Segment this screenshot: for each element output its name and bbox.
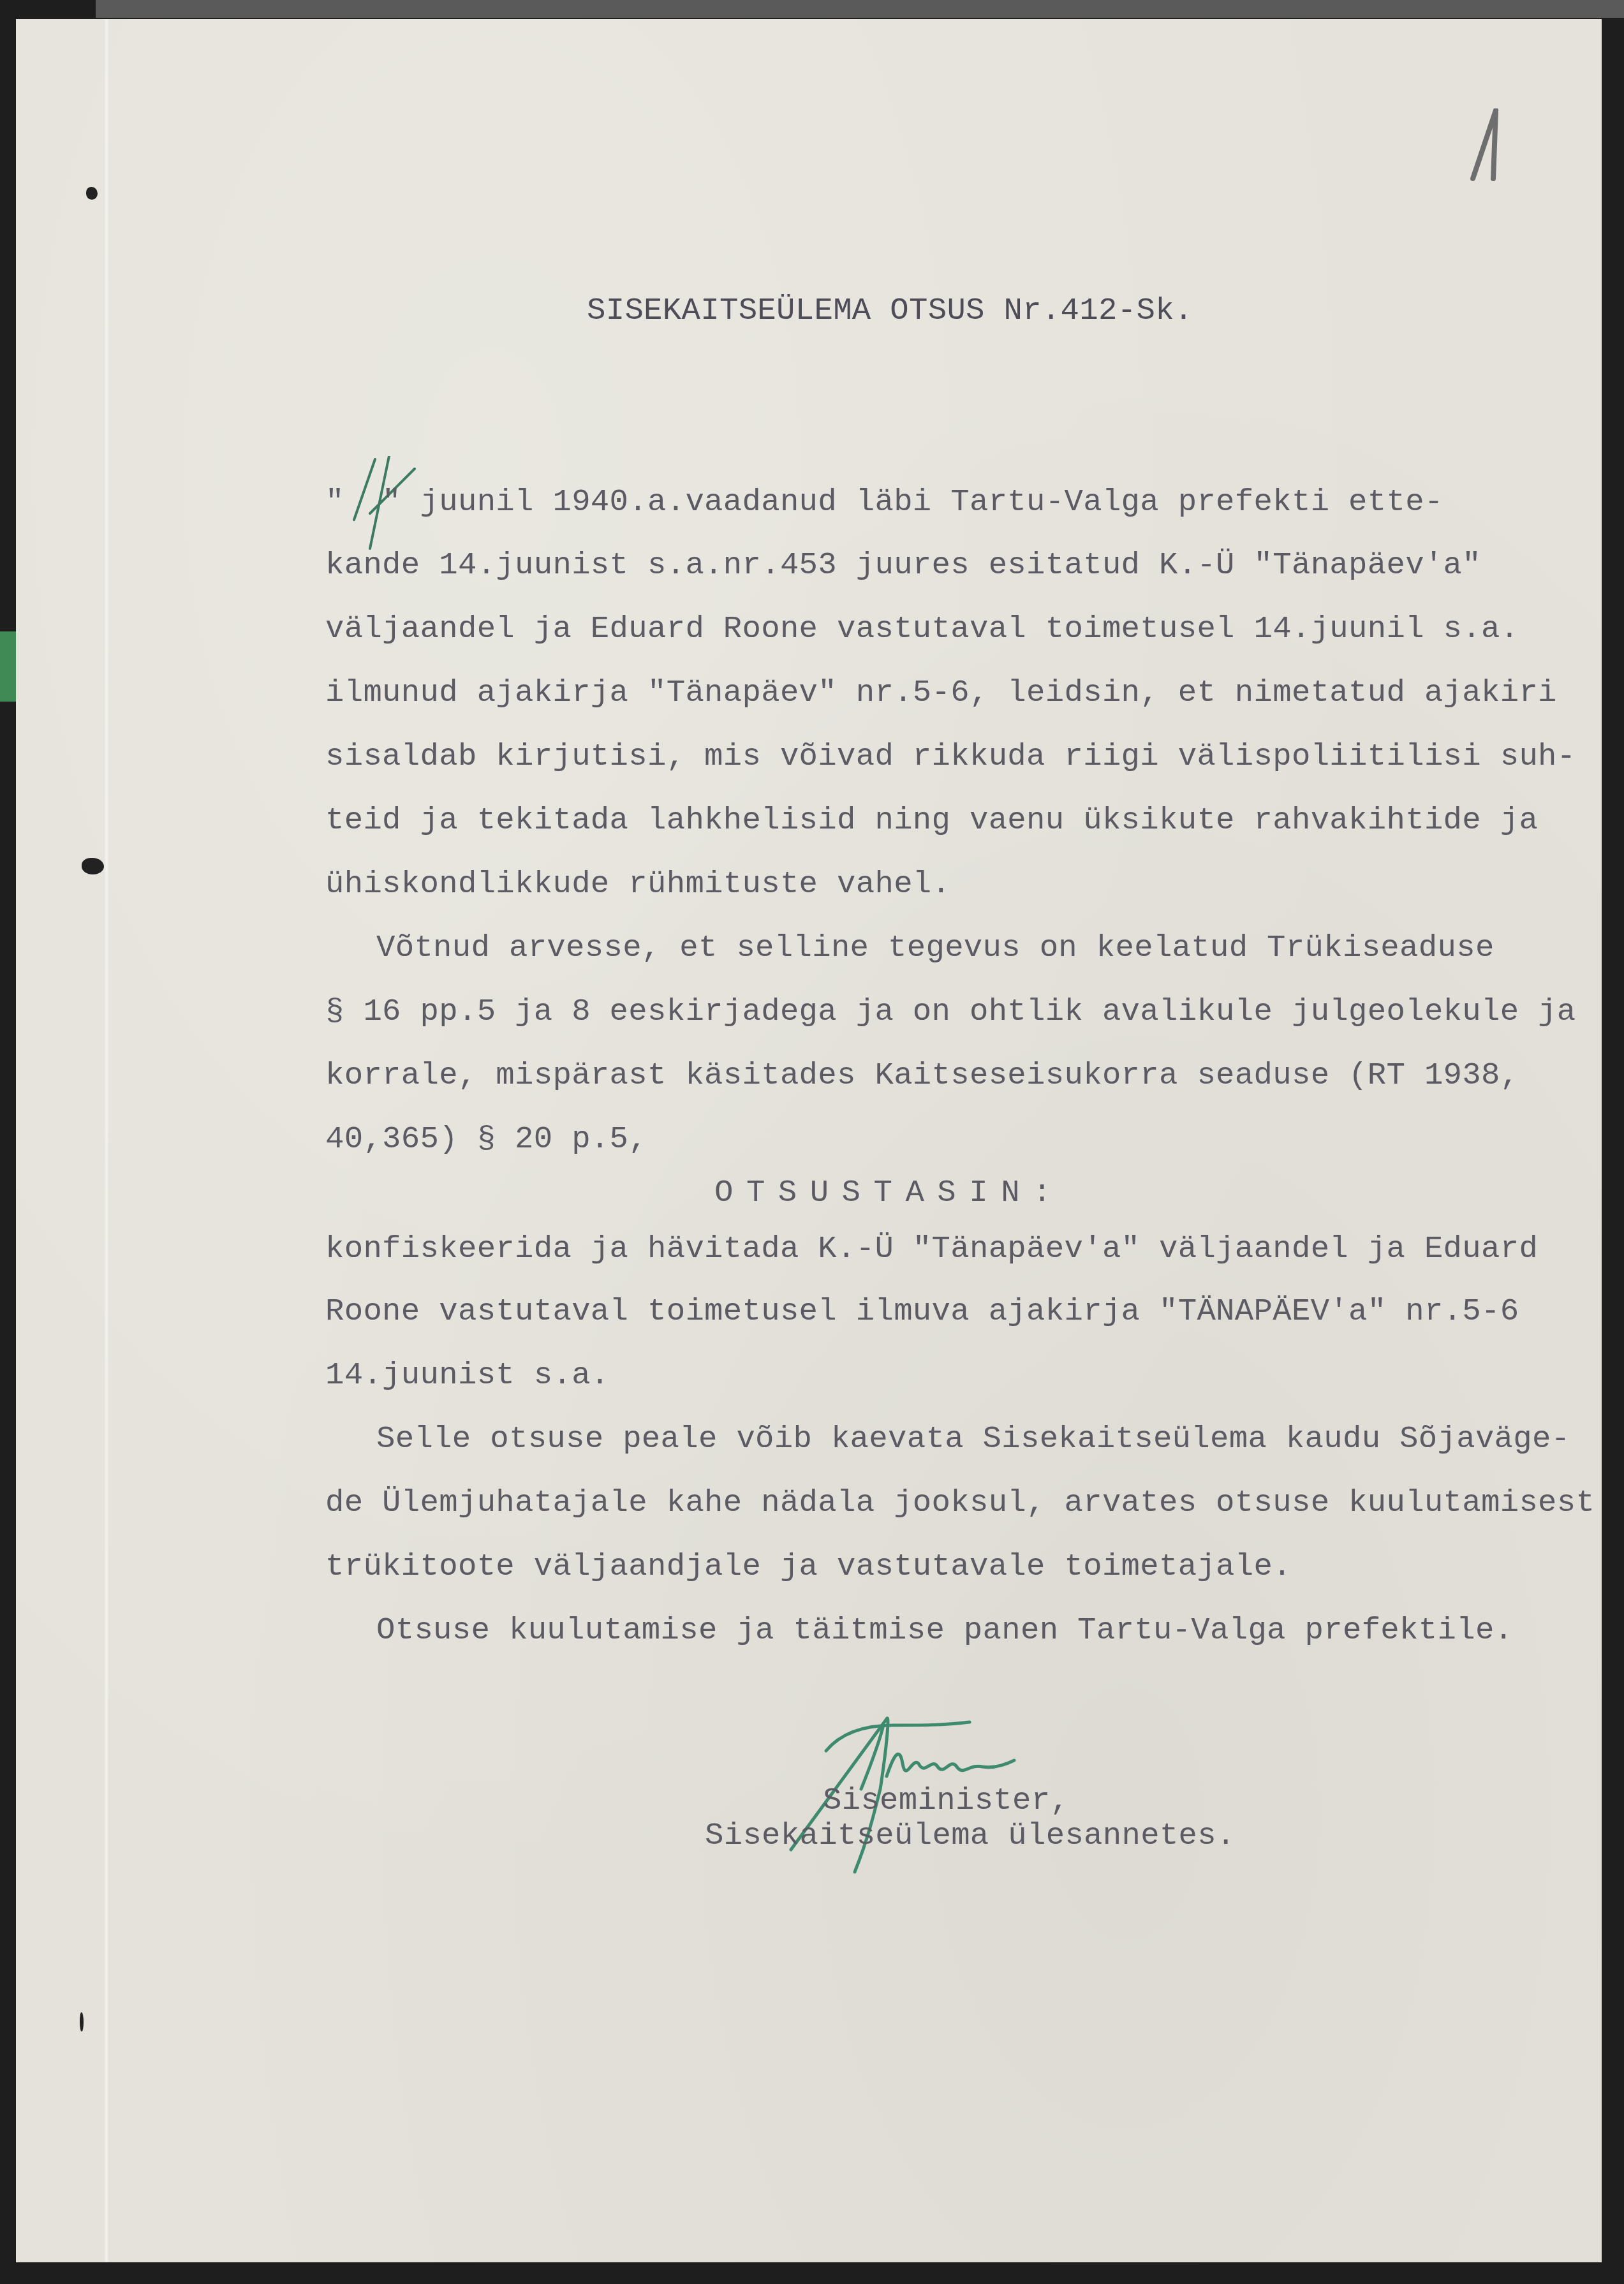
signatory-capacity: Sisekaitseülema ülesannetes. <box>705 1816 1236 1855</box>
punch-hole-middle <box>82 858 104 874</box>
paragraph-1-line-1: " " juunil 1940.a.vaadanud läbi Tartu-Va… <box>325 483 1443 521</box>
document-title: SISEKAITSEÜLEMA OTSUS Nr.412-Sk. <box>587 291 1193 330</box>
paragraph-1-line-5: sisaldab kirjutisi, mis võivad rikkuda r… <box>325 737 1576 776</box>
paragraph-2-line-1: Võtnud arvesse, et selline tegevus on ke… <box>376 929 1495 967</box>
appeal-line-2: de Ülemjuhatajale kahe nädala jooksul, a… <box>325 1484 1595 1522</box>
appeal-line-1: Selle otsuse peale võib kaevata Sisekait… <box>376 1420 1570 1458</box>
execution-paragraph: Otsuse kuulutamise ja täitmise panen Tar… <box>376 1611 1513 1649</box>
document-page: 1 SISEKAITSEÜLEMA OTSUS Nr.412-Sk. 17 " … <box>16 19 1602 2262</box>
green-archive-tab <box>0 631 17 702</box>
punch-hole-bottom <box>80 2012 84 2031</box>
paragraph-1-line-7: ühiskondlikkude rühmituste vahel. <box>325 865 950 903</box>
handwritten-page-number <box>1470 108 1502 182</box>
fold-line <box>104 19 109 2262</box>
paragraph-1-line-3: väljaandel ja Eduard Roone vastutaval to… <box>325 610 1519 648</box>
paragraph-2-line-3: korrale, mispärast käsitades Kaitseseisu… <box>325 1056 1519 1094</box>
paragraph-1-line-6: teid ja tekitada lahkhelisid ning vaenu … <box>325 801 1538 839</box>
paragraph-2-line-2: § 16 pp.5 ja 8 eeskirjadega ja on ohtlik… <box>325 992 1576 1031</box>
appeal-line-3: trükitoote väljaandjale ja vastutavale t… <box>325 1547 1292 1586</box>
paragraph-1-line-2: kande 14.juunist s.a.nr.453 juures esita… <box>325 546 1481 584</box>
decision-line-3: 14.juunist s.a. <box>325 1356 610 1394</box>
paragraph-2-line-4: 40,365) § 20 p.5, <box>325 1120 647 1158</box>
decision-line-2: Roone vastutaval toimetusel ilmuva ajaki… <box>325 1292 1519 1330</box>
decision-heading: OTSUSTASIN: <box>714 1174 1065 1212</box>
scanner-top-strip <box>96 0 1624 18</box>
punch-hole-top <box>86 187 98 200</box>
decision-line-1: konfiskeerida ja hävitada K.-Ü "Tänapäev… <box>325 1230 1538 1268</box>
signatory-title: Siseminister, <box>823 1781 1069 1820</box>
paragraph-1-line-4: ilmunud ajakirja "Tänapäev" nr.5-6, leid… <box>325 674 1557 712</box>
